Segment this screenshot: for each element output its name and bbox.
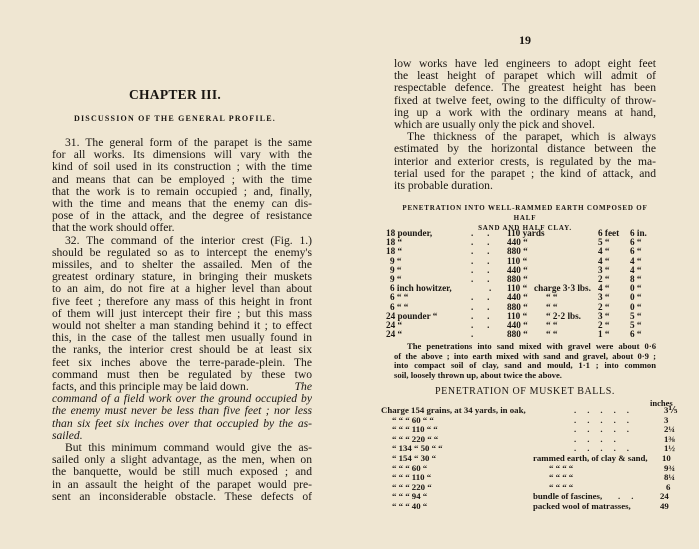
distance-cell: 880 “ — [507, 330, 528, 339]
text-line: five feet ; therefore any mass of this h… — [52, 296, 312, 308]
charge-cell: “ “ — [546, 330, 557, 339]
italic-line: than six feet six inches over that occup… — [52, 418, 312, 430]
text-line: estimated by the horizontal distance bet… — [394, 143, 656, 155]
table1-title-line: PENETRATION INTO WELL-RAMMED EARTH COMPO… — [394, 203, 656, 223]
text-line: the ranks, the interior crest should be … — [52, 344, 312, 356]
text-line: to an aim, do not fire at a higher level… — [52, 283, 312, 295]
table-row: 24 “.880 ““ “1 “6 “ — [386, 330, 666, 339]
left-body-text: 31. The general form of the parapet is t… — [52, 137, 312, 503]
text-line: interior and exterior crests, is regulat… — [394, 156, 656, 168]
table2-title: PENETRATION OF MUSKET BALLS. — [394, 386, 656, 397]
text-line: the banquette, would be still much expos… — [52, 466, 312, 478]
text-line: and means that can be employed ; with th… — [52, 174, 312, 186]
inches-cell: 6 “ — [630, 330, 641, 339]
feet-cell: 1 “ — [598, 330, 609, 339]
text-line: 32. The command of the interior crest (F… — [52, 235, 312, 247]
table-row: “ “ “ 40 “packed wool of matrasses,49 — [381, 502, 691, 512]
note-line: soil, loosely thrown up, about twice the… — [394, 371, 656, 381]
text-line: fixed at twelve feet, owing to the diffi… — [394, 95, 656, 107]
musket-penetration-table: Charge 154 grains, at 34 yards, in oak,.… — [381, 406, 691, 512]
text-line: that the work should offer. — [52, 222, 312, 234]
value-cell: 49 — [660, 502, 669, 512]
left-page: CHAPTER III. DISCUSSION OF THE GENERAL P… — [0, 0, 350, 549]
text-line: kind of soil used in its construction ; … — [52, 161, 312, 173]
italic-line: the enemy must never be less than five f… — [52, 405, 312, 417]
material-cell: packed wool of matrasses, — [533, 502, 631, 512]
right-body-text: low works have led engineers to adopt ei… — [394, 58, 656, 192]
chapter-title: CHAPTER III. — [0, 87, 350, 103]
text-line: its probable duration. — [394, 180, 656, 192]
text-line: sent an inconsiderable obstacle. These d… — [52, 491, 312, 503]
right-page: 19 low works have led engineers to adopt… — [350, 0, 699, 549]
text-line: respectable defence. The greatest height… — [394, 82, 656, 94]
charge-cell: charge 3·3 lbs. — [534, 284, 591, 293]
page-number: 19 — [510, 33, 540, 48]
gun-cell: 24 “ — [386, 330, 402, 339]
table-row: “ 154 “ 30 “rammed earth, of clay & sand… — [381, 454, 691, 464]
earth-penetration-table: 18 pounder,. .110 yards6 feet6 in. 18 “.… — [386, 229, 666, 339]
chapter-subtitle: DISCUSSION OF THE GENERAL PROFILE. — [0, 114, 350, 123]
lead-cell: “ “ “ 40 “ — [392, 502, 427, 512]
penetration-note: The penetrations into sand mixed with gr… — [394, 342, 656, 380]
